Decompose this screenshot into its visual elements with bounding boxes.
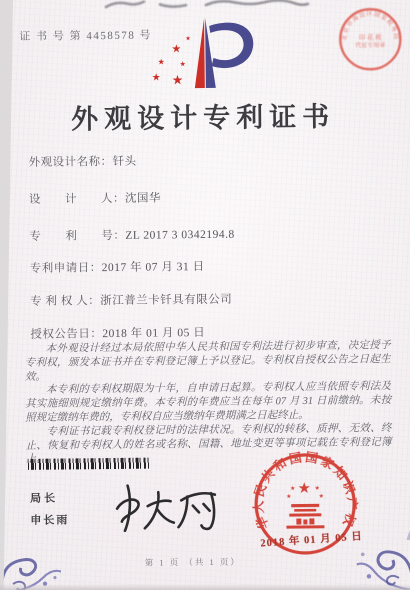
- logo-wedge-red: [194, 18, 205, 88]
- tax-stamp-line2: 代征专用章: [355, 41, 385, 49]
- svg-text:★: ★: [290, 485, 295, 492]
- field-designer: 设 计 人：沈国华: [29, 189, 161, 206]
- svg-text:★: ★: [314, 485, 319, 492]
- svg-text:★: ★: [171, 43, 181, 55]
- logo-p-bowl: [209, 22, 253, 68]
- svg-text:★: ★: [158, 57, 165, 66]
- legal-paragraph-1: 本外观设计经过本局依照中华人民共和国专利法进行初步审查，决定授予专利权，颁发本证…: [24, 339, 390, 384]
- tax-stamp-line1: 印 花 税: [359, 32, 382, 41]
- tax-stamp: 北京市海淀区国家税务局 印 花 税 代征专用章: [335, 4, 406, 75]
- field-label: 授权公告日：: [30, 328, 102, 341]
- field-label: 设 计 人：: [29, 193, 125, 206]
- svg-text:★: ★: [152, 72, 161, 83]
- field-label: 外观设计名称：: [29, 156, 113, 169]
- field-value: 钎头: [113, 156, 137, 168]
- certificate-paper: 证 书 号 第 4458578 号 ★ ★ ★ ★ ★ ★ 外观设计专利证书 外…: [0, 0, 410, 590]
- sipo-logo: ★ ★ ★ ★ ★ ★: [149, 13, 262, 94]
- field-application-date: 专利申请日：2017 年 07 月 31 日: [30, 258, 205, 276]
- director-signature: [97, 476, 228, 539]
- field-label: 专 利 号：: [29, 230, 125, 243]
- barcode: [28, 458, 150, 470]
- page-number: 第 1 页 （共 1 页）: [113, 555, 273, 569]
- corner-ornament-bottom-left: [0, 539, 77, 590]
- director-name: 申长雨: [30, 511, 69, 527]
- national-emblem: ★ ★ ★ ★ ★: [286, 481, 324, 529]
- director-title: 局长: [30, 490, 58, 506]
- certificate-number: 证 书 号 第 4458578 号: [19, 27, 152, 44]
- legal-paragraph-2: 本专利的专利权期限为十年，自申请日起算。专利权人应当依照专利法及其实施细则规定缴…: [25, 380, 391, 425]
- svg-text:★: ★: [180, 60, 186, 68]
- field-label: 专 利 权 人：: [30, 295, 100, 308]
- corner-ornament-bottom-right: [354, 518, 410, 590]
- certificate-content: 证 书 号 第 4458578 号 ★ ★ ★ ★ ★ ★ 外观设计专利证书 外…: [0, 0, 410, 590]
- logo-stars: ★ ★ ★ ★ ★ ★: [151, 35, 191, 87]
- svg-text:★: ★: [185, 35, 190, 42]
- field-value: 沈国华: [125, 192, 161, 204]
- photo-bottom-shadow: [0, 584, 410, 590]
- svg-text:★: ★: [319, 493, 324, 500]
- field-label: 专利申请日：: [30, 262, 102, 275]
- field-patent-number: 专 利 号：ZL 2017 3 0342194.8: [29, 226, 235, 244]
- svg-text:★: ★: [172, 72, 184, 87]
- svg-text:★: ★: [297, 481, 311, 497]
- certificate-title: 外观设计专利证书: [0, 94, 408, 137]
- field-value: 2017 年 07 月 31 日: [102, 261, 205, 274]
- field-value: 2018 年 01 月 05 日: [102, 327, 205, 340]
- field-value: ZL 2017 3 0342194.8: [125, 229, 234, 242]
- field-patentee: 专 利 权 人：浙江普兰卡钎具有限公司: [30, 291, 232, 309]
- field-grant-date: 授权公告日：2018 年 01 月 05 日: [30, 324, 205, 342]
- field-value: 浙江普兰卡钎具有限公司: [100, 294, 232, 307]
- field-design-name: 外观设计名称：钎头: [29, 153, 137, 170]
- svg-text:★: ★: [286, 493, 291, 500]
